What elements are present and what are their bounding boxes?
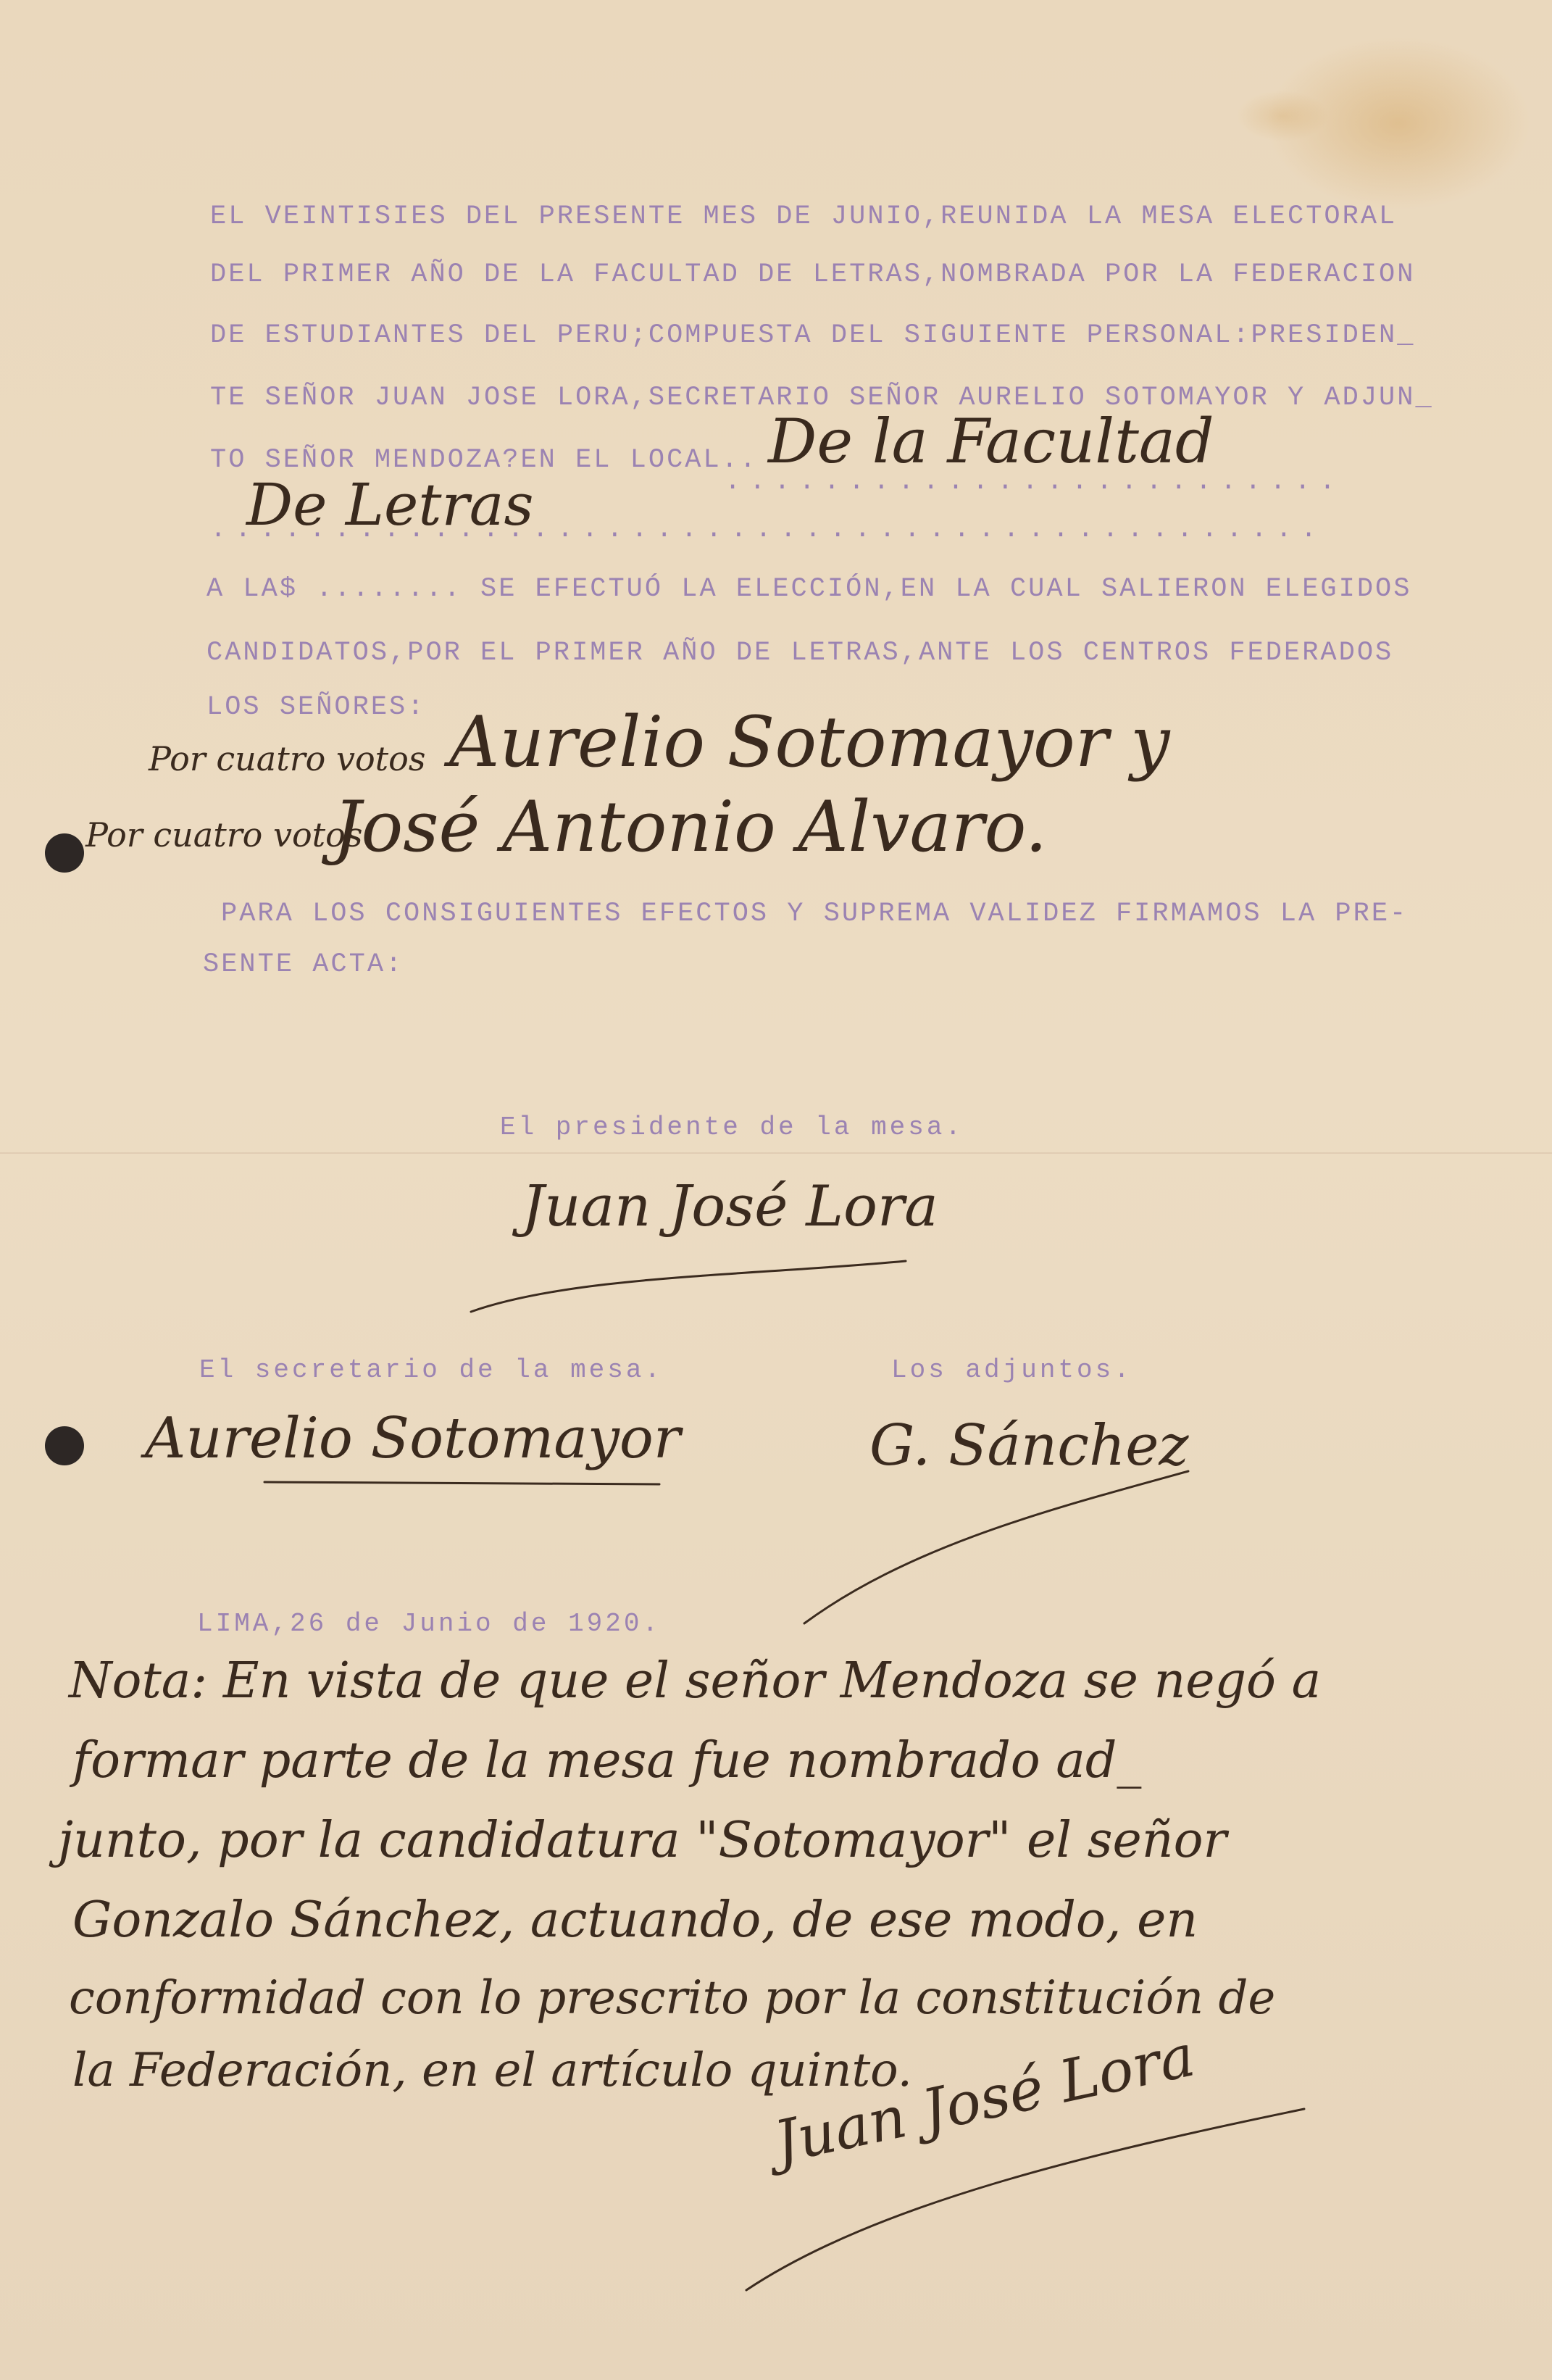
typed-line-a-las: A LA$ ........ SE EFECTUÓ LA ELECCIÓN,EN… [206,574,1411,604]
votes-note-2: Por cuatro votos [85,815,362,854]
typed-line-1: EL VEINTISIES DEL PRESENTE MES DE JUNIO,… [210,201,1397,232]
place-date: LIMA,26 de Junio de 1920. [197,1609,661,1639]
note-line-4: Gonzalo Sánchez, actuando, de ese modo, … [72,1892,1198,1949]
adjuntos-signature-flourish [797,1457,1203,1631]
secretary-signature: Aurelio Sotomayor [145,1406,680,1471]
secretary-signature-underline [261,1471,667,1493]
typed-line-senores: LOS SEÑORES: [206,692,425,723]
president-signature: Juan José Lora [522,1174,938,1239]
note-line-5: conformidad con lo prescrito por la cons… [69,1971,1275,2025]
note-line-2: formar parte de la mesa fue nombrado ad_ [72,1732,1141,1789]
votes-note-1: Por cuatro votos [149,739,425,778]
paper-fold-line [0,1152,1552,1154]
typed-line-2: DEL PRIMER AÑO DE LA FACULTAD DE LETRAS,… [210,259,1415,290]
note-signature-flourish [732,2094,1326,2297]
president-label: El presidente de la mesa. [500,1112,964,1142]
note-line-3: junto, por la candidatura "Sotomayor" el… [58,1812,1227,1869]
president-signature-flourish [464,1232,913,1319]
handwritten-local-2: De Letras [246,471,534,538]
elected-name-1: Aurelio Sotomayor y [449,702,1169,783]
typed-closing-2: SENTE ACTA: [203,949,404,980]
punch-hole-upper [45,833,84,873]
typed-line-candidatos: CANDIDATOS,POR EL PRIMER AÑO DE LETRAS,A… [206,638,1393,668]
typed-closing-1: PARA LOS CONSIGUIENTES EFECTOS Y SUPREMA… [221,899,1408,929]
note-line-1: Nota: En vista de que el señor Mendoza s… [69,1652,1321,1710]
typed-line-3: DE ESTUDIANTES DEL PERU;COMPUESTA DEL SI… [210,320,1415,351]
adjuntos-label: Los adjuntos. [891,1355,1132,1385]
elected-name-2: José Antonio Alvaro. [333,786,1047,867]
document-page: EL VEINTISIES DEL PRESENTE MES DE JUNIO,… [0,0,1552,2380]
secretary-label: El secretario de la mesa. [199,1355,663,1385]
punch-hole-lower [45,1426,84,1465]
handwritten-local-1: De la Facultad [768,406,1214,477]
note-line-6: la Federación, en el artículo quinto. [72,2044,912,2097]
